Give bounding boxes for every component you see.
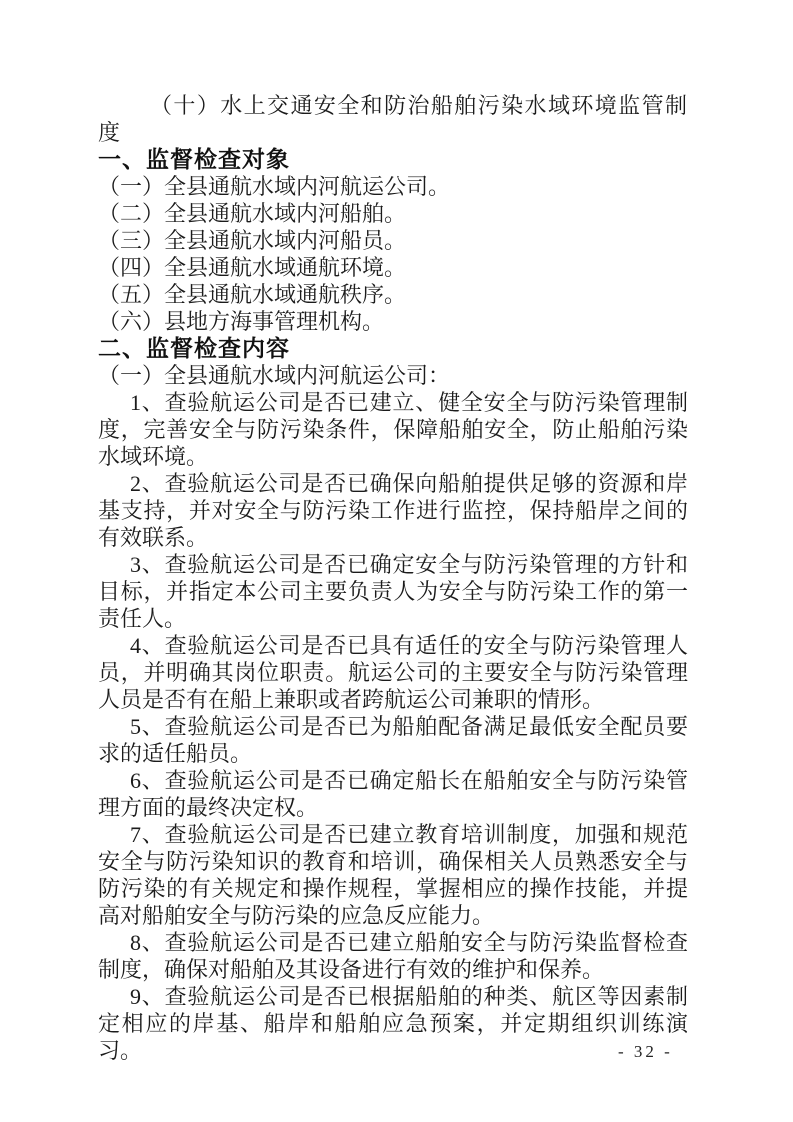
paragraph-5: 5、查验航运公司是否已为船舶配备满足最低安全配员要求的适任船员。: [98, 713, 688, 767]
paragraph-6: 6、查验航运公司是否已确定船长在船舶安全与防污染管理方面的最终决定权。: [98, 767, 688, 821]
page-title: （十）水上交通安全和防治船舶污染水域环境监管制度: [98, 92, 688, 146]
list-item: （一）全县通航水域内河航运公司。: [98, 173, 688, 200]
paragraph-3: 3、查验航运公司是否已确定安全与防污染管理的方针和目标，并指定本公司主要负责人为…: [98, 551, 688, 632]
paragraph-8: 8、查验航运公司是否已建立船舶安全与防污染监督检查制度，确保对船舶及其设备进行有…: [98, 929, 688, 983]
paragraph-7: 7、查验航运公司是否已建立教育培训制度，加强和规范安全与防污染知识的教育和培训，…: [98, 821, 688, 929]
paragraph-2: 2、查验航运公司是否已确保向船舶提供足够的资源和岸基支持，并对安全与防污染工作进…: [98, 470, 688, 551]
document-content: （十）水上交通安全和防治船舶污染水域环境监管制度 一、监督检查对象 （一）全县通…: [98, 92, 688, 1064]
subsection-heading: （一）全县通航水域内河航运公司：: [98, 362, 688, 389]
section-heading-inspection-targets: 一、监督检查对象: [98, 146, 688, 173]
paragraph-4: 4、查验航运公司是否已具有适任的安全与防污染管理人员，并明确其岗位职责。航运公司…: [98, 632, 688, 713]
list-item: （四）全县通航水域通航环境。: [98, 254, 688, 281]
paragraph-1: 1、查验航运公司是否已建立、健全安全与防污染管理制度，完善安全与防污染条件，保障…: [98, 389, 688, 470]
page-number: - 32 -: [618, 1042, 673, 1062]
list-item: （六）县地方海事管理机构。: [98, 308, 688, 335]
section-heading-inspection-content: 二、监督检查内容: [98, 335, 688, 362]
list-item: （二）全县通航水域内河船舶。: [98, 200, 688, 227]
list-item: （五）全县通航水域通航秩序。: [98, 281, 688, 308]
paragraph-9: 9、查验航运公司是否已根据船舶的种类、航区等因素制定相应的岸基、船岸和船舶应急预…: [98, 983, 688, 1064]
document-page: （十）水上交通安全和防治船舶污染水域环境监管制度 一、监督检查对象 （一）全县通…: [0, 0, 793, 1122]
list-item: （三）全县通航水域内河船员。: [98, 227, 688, 254]
